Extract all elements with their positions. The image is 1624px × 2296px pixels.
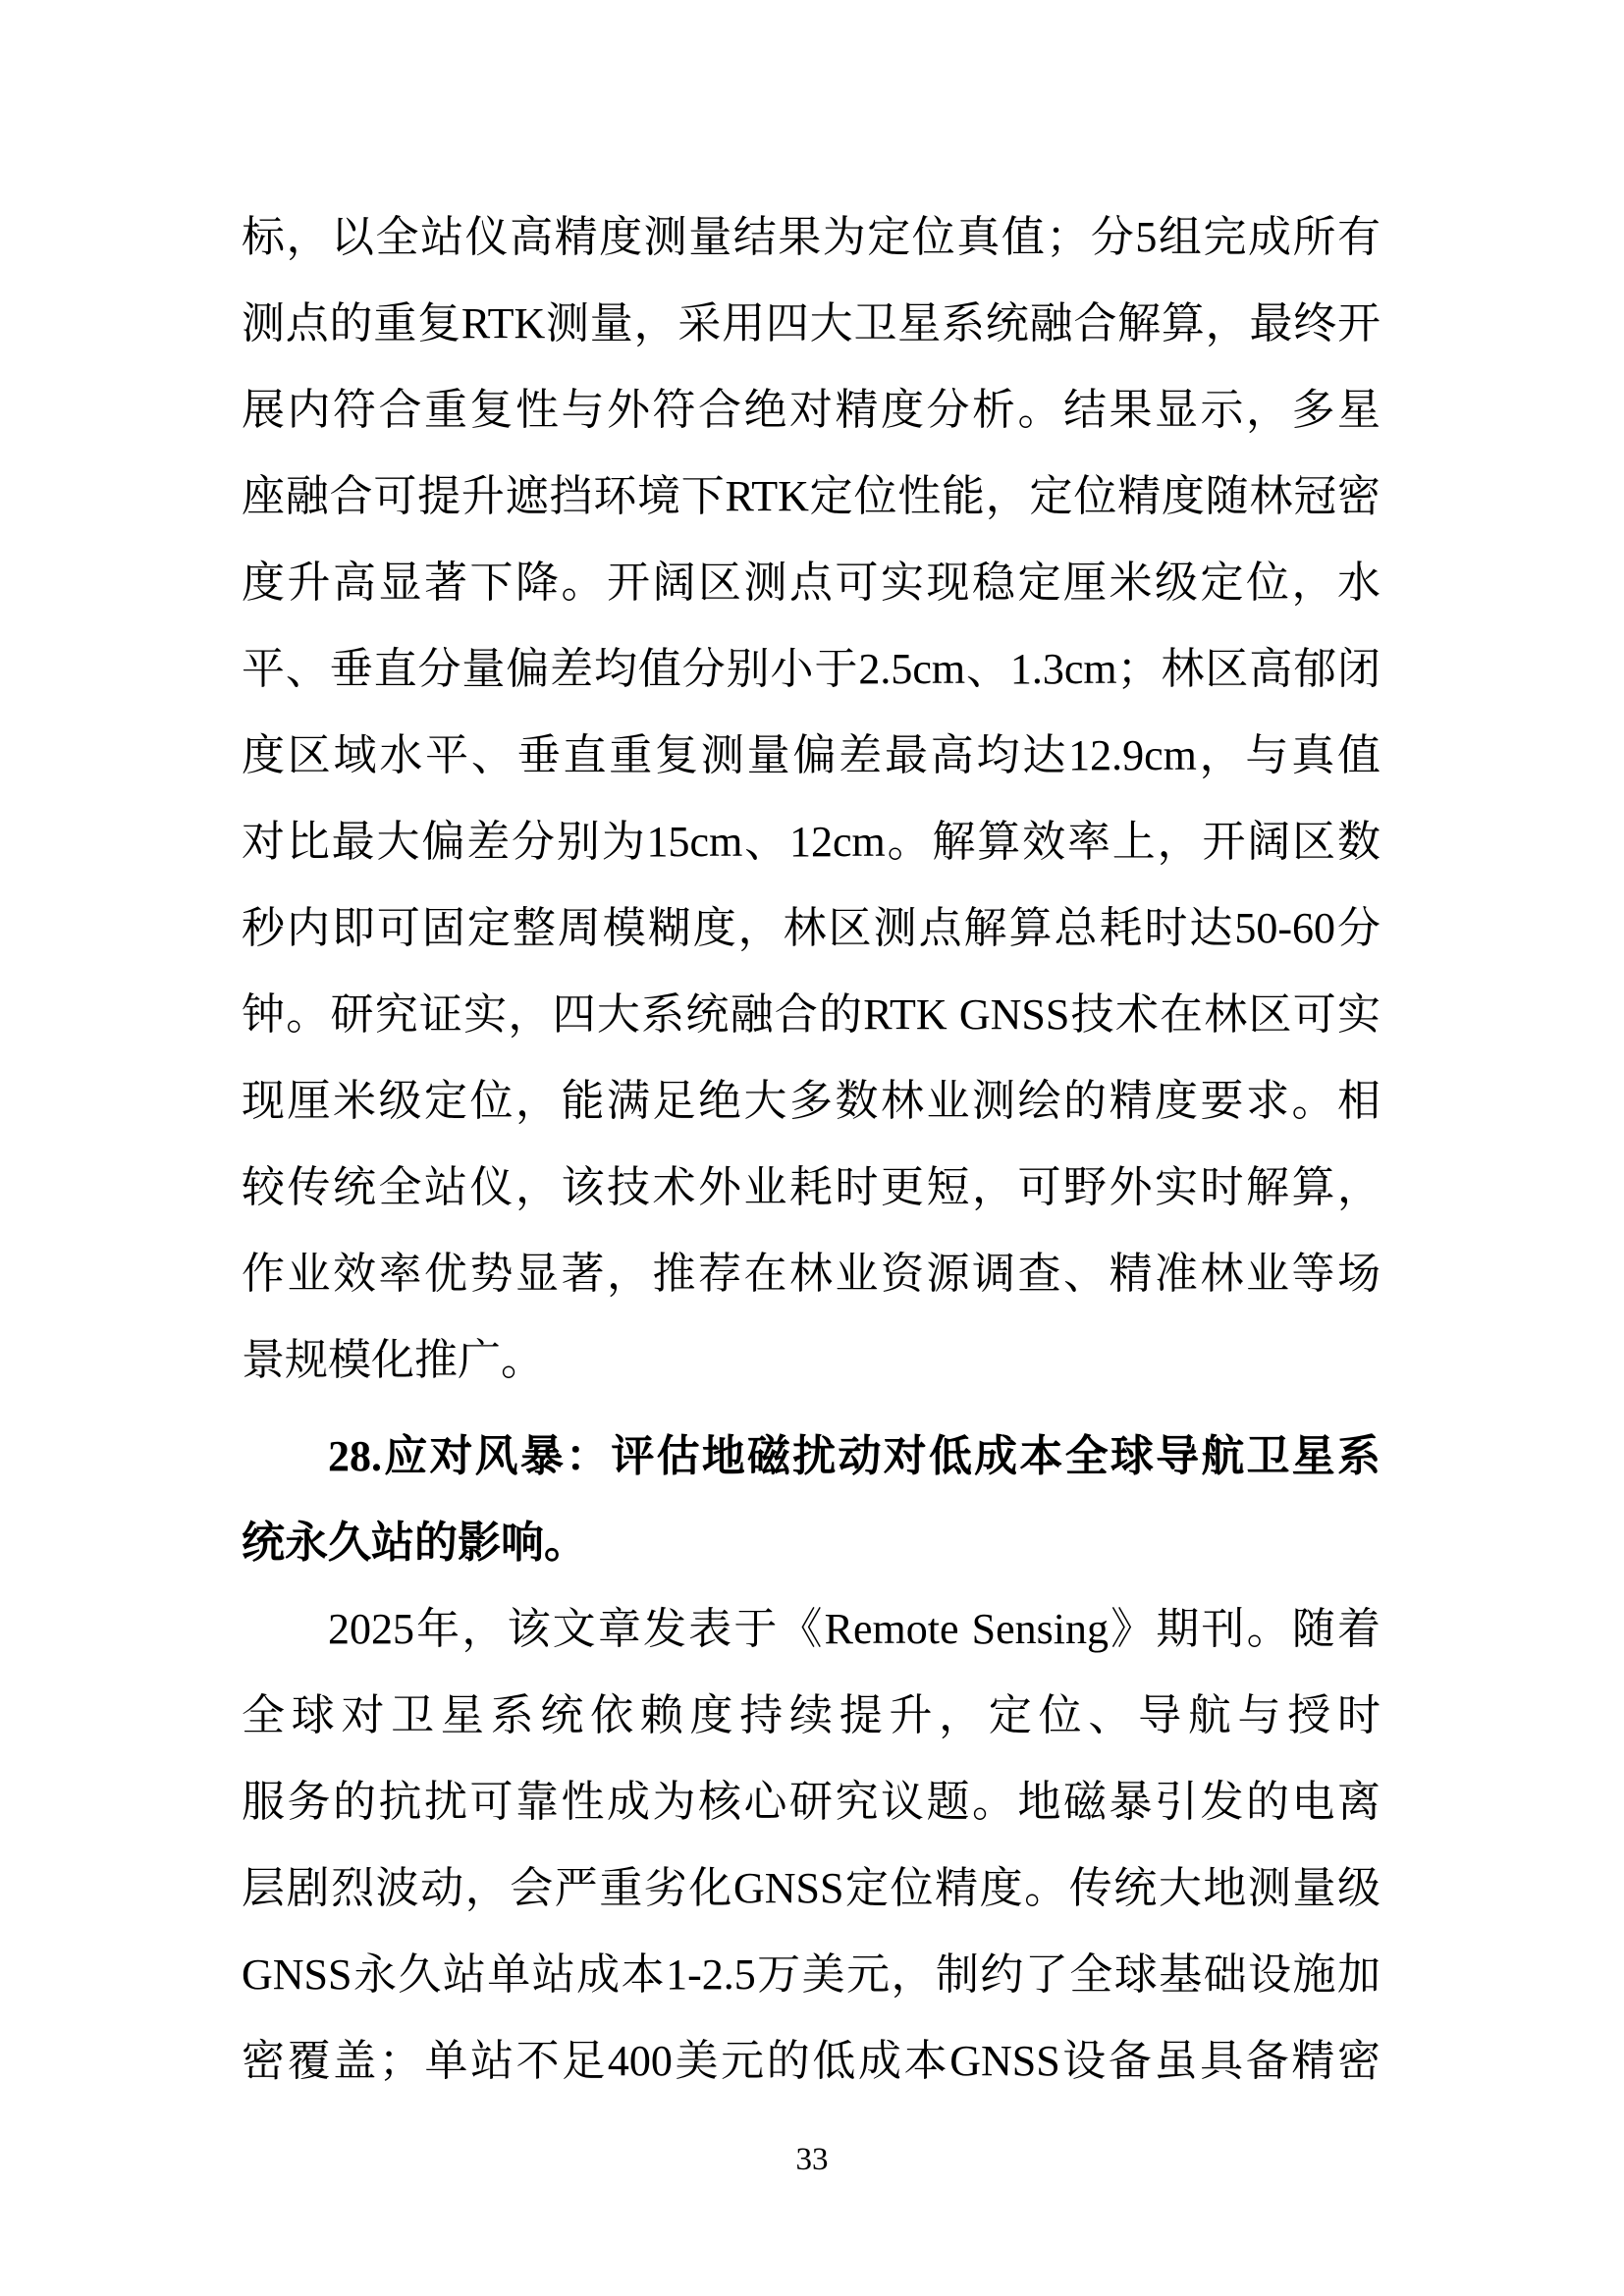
text-line: 层剧烈波动，会严重劣化GNSS定位精度。传统大地测量级: [242, 1845, 1380, 1932]
section-heading: 28.应对风暴：评估地磁扰动对低成本全球导航卫星系 统永久站的影响。: [242, 1414, 1380, 1586]
text-line: 度升高显著下降。开阔区测点可实现稳定厘米级定位，水: [242, 540, 1380, 626]
paragraph-geomagnetic-gnss: 2025年，该文章发表于《Remote Sensing》期刊。随着 全球对卫星系…: [242, 1586, 1380, 2105]
text-line: 度区域水平、垂直重复测量偏差最高均达12.9cm，与真值: [242, 713, 1380, 799]
section-heading-line-2: 统永久站的影响。: [242, 1500, 1380, 1586]
text-line: 秒内即可固定整周模糊度，林区测点解算总耗时达50-60分: [242, 885, 1380, 972]
text-line: GNSS永久站单站成本1-2.5万美元，制约了全球基础设施加: [242, 1932, 1380, 2018]
text-line: 景规模化推广。: [242, 1317, 1380, 1404]
text-line: 较传统全站仪，该技术外业耗时更短，可野外实时解算，: [242, 1145, 1380, 1231]
text-line: 2025年，该文章发表于《Remote Sensing》期刊。随着: [242, 1586, 1380, 1673]
paragraph-rtk-forestry: 标，以全站仪高精度测量结果为定位真值；分5组完成所有 测点的重复RTK测量，采用…: [242, 194, 1380, 1404]
text-line: 标，以全站仪高精度测量结果为定位真值；分5组完成所有: [242, 194, 1380, 281]
text-line: 测点的重复RTK测量，采用四大卫星系统融合解算，最终开: [242, 281, 1380, 367]
text-line: 展内符合重复性与外符合绝对精度分析。结果显示，多星: [242, 367, 1380, 454]
text-line: 平、垂直分量偏差均值分别小于2.5cm、1.3cm；林区高郁闭: [242, 626, 1380, 713]
page-number: 33: [0, 2136, 1624, 2183]
section-heading-line-1: 28.应对风暴：评估地磁扰动对低成本全球导航卫星系: [242, 1414, 1380, 1500]
document-page: 标，以全站仪高精度测量结果为定位真值；分5组完成所有 测点的重复RTK测量，采用…: [0, 0, 1624, 2296]
text-line: 作业效率优势显著，推荐在林业资源调查、精准林业等场: [242, 1231, 1380, 1317]
text-line: 钟。研究证实，四大系统融合的RTK GNSS技术在林区可实: [242, 972, 1380, 1058]
text-column: 标，以全站仪高精度测量结果为定位真值；分5组完成所有 测点的重复RTK测量，采用…: [242, 194, 1380, 2105]
text-line: 对比最大偏差分别为15cm、12cm。解算效率上，开阔区数: [242, 799, 1380, 885]
text-line: 密覆盖；单站不足400美元的低成本GNSS设备虽具备精密: [242, 2018, 1380, 2105]
text-line: 服务的抗扰可靠性成为核心研究议题。地磁暴引发的电离: [242, 1759, 1380, 1845]
text-line: 座融合可提升遮挡环境下RTK定位性能，定位精度随林冠密: [242, 454, 1380, 540]
text-line: 现厘米级定位，能满足绝大多数林业测绘的精度要求。相: [242, 1058, 1380, 1145]
text-line: 全球对卫星系统依赖度持续提升，定位、导航与授时（PNT）: [242, 1673, 1380, 1759]
